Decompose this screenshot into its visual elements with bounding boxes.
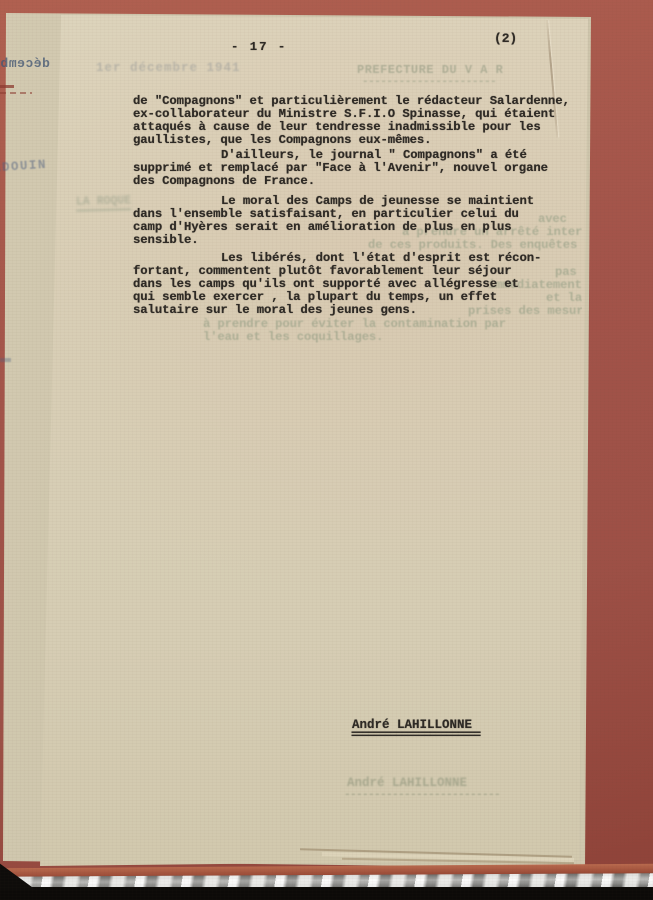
typed-line: supprimé et remplacé par "Face à l'Aveni… [133,162,603,175]
typed-line: Les libérés, dont l'état d'esprit est ré… [133,252,603,265]
typed-line: sensible. [133,234,603,247]
typed-line: ex-collaborateur du Ministre S.F.I.O Spi… [133,108,603,121]
typed-line: des Compagnons de France. [133,175,603,188]
paragraph: de "Compagnons" et particulièrement le r… [133,95,603,147]
typed-line: Le moral des Camps de jeunesse se mainti… [133,195,603,208]
typed-line: dans les camps qu'ils ont supporté avec … [133,278,603,291]
page-marker: (2) [494,33,517,46]
signature-rule: ======================= [351,730,480,743]
paragraph: Le moral des Camps de jeunesse se mainti… [133,195,603,247]
typed-line: attaqués à cause de leur tendresse inadm… [133,121,603,134]
typed-line: D'ailleurs, le journal " Compagnons" a é… [133,149,603,162]
typed-line: salutaire sur le moral des jeunes gens. [133,304,603,317]
typed-line: de "Compagnons" et particulièrement le r… [133,95,603,108]
typed-line: camp d'Hyères serait en amélioration de … [133,221,603,234]
page-number: - 17 - [231,41,287,54]
paragraph: D'ailleurs, le journal " Compagnons" a é… [133,149,603,188]
typed-line: gaullistes, que les Compagnons eux-mêmes… [133,134,603,147]
scanned-document-page: décemb 1er décembre 1941 PREFECTURE DU V… [0,0,653,900]
paragraph: Les libérés, dont l'état d'esprit est ré… [133,252,603,317]
typed-line: dans l'ensemble satisfaisant, en particu… [133,208,603,221]
scan-border-bottom [0,887,653,900]
typed-line: fortant, commentent plutôt favorablement… [133,265,603,278]
typed-line: qui semble exercer , la plupart du temps… [133,291,603,304]
